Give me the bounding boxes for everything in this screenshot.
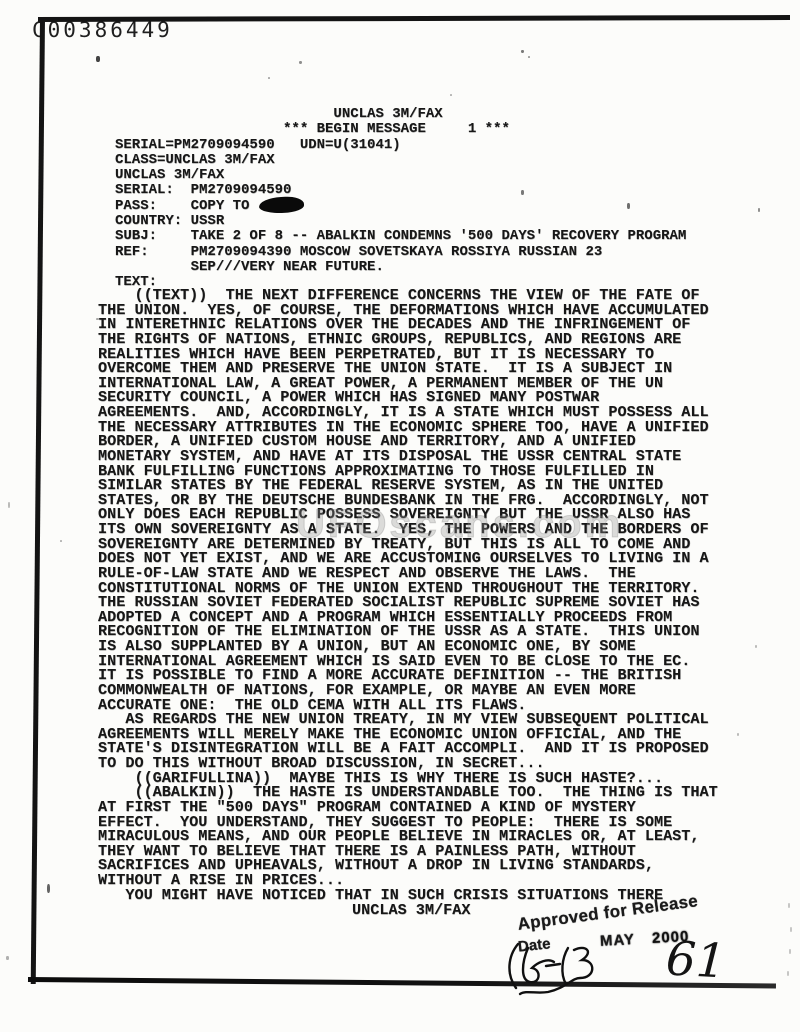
noise-speck <box>788 903 790 908</box>
signature-scribble <box>502 938 607 996</box>
noise-speck <box>521 190 524 195</box>
noise-speck <box>627 203 630 209</box>
scan-border-left <box>31 18 45 984</box>
noise-speck <box>755 645 757 648</box>
noise-speck <box>8 502 10 508</box>
noise-speck <box>790 927 792 932</box>
noise-speck <box>787 971 789 976</box>
noise-speck <box>521 50 524 53</box>
noise-speck <box>299 61 302 64</box>
message-header-block: UNCLAS 3M/FAX *** BEGIN MESSAGE 1 *** SE… <box>115 107 686 291</box>
message-body-text: ((TEXT)) THE NEXT DIFFERENCE CONCERNS TH… <box>98 288 718 902</box>
noise-speck <box>60 540 62 542</box>
handwritten-page-number: 61 <box>665 931 728 989</box>
scanned-document-page: C00386449 UNCLAS 3M/FAX *** BEGIN MESSAG… <box>0 0 800 1032</box>
noise-speck <box>47 884 50 893</box>
noise-speck <box>450 94 452 96</box>
noise-speck <box>96 318 99 320</box>
noise-speck <box>96 56 100 62</box>
noise-speck <box>6 956 9 960</box>
noise-speck <box>789 949 791 954</box>
noise-speck <box>758 208 760 212</box>
noise-speck <box>737 733 739 736</box>
noise-speck <box>268 77 270 79</box>
noise-speck <box>528 56 530 58</box>
footer-classification: UNCLAS 3M/FAX <box>352 901 470 919</box>
scan-border-top <box>38 15 790 22</box>
